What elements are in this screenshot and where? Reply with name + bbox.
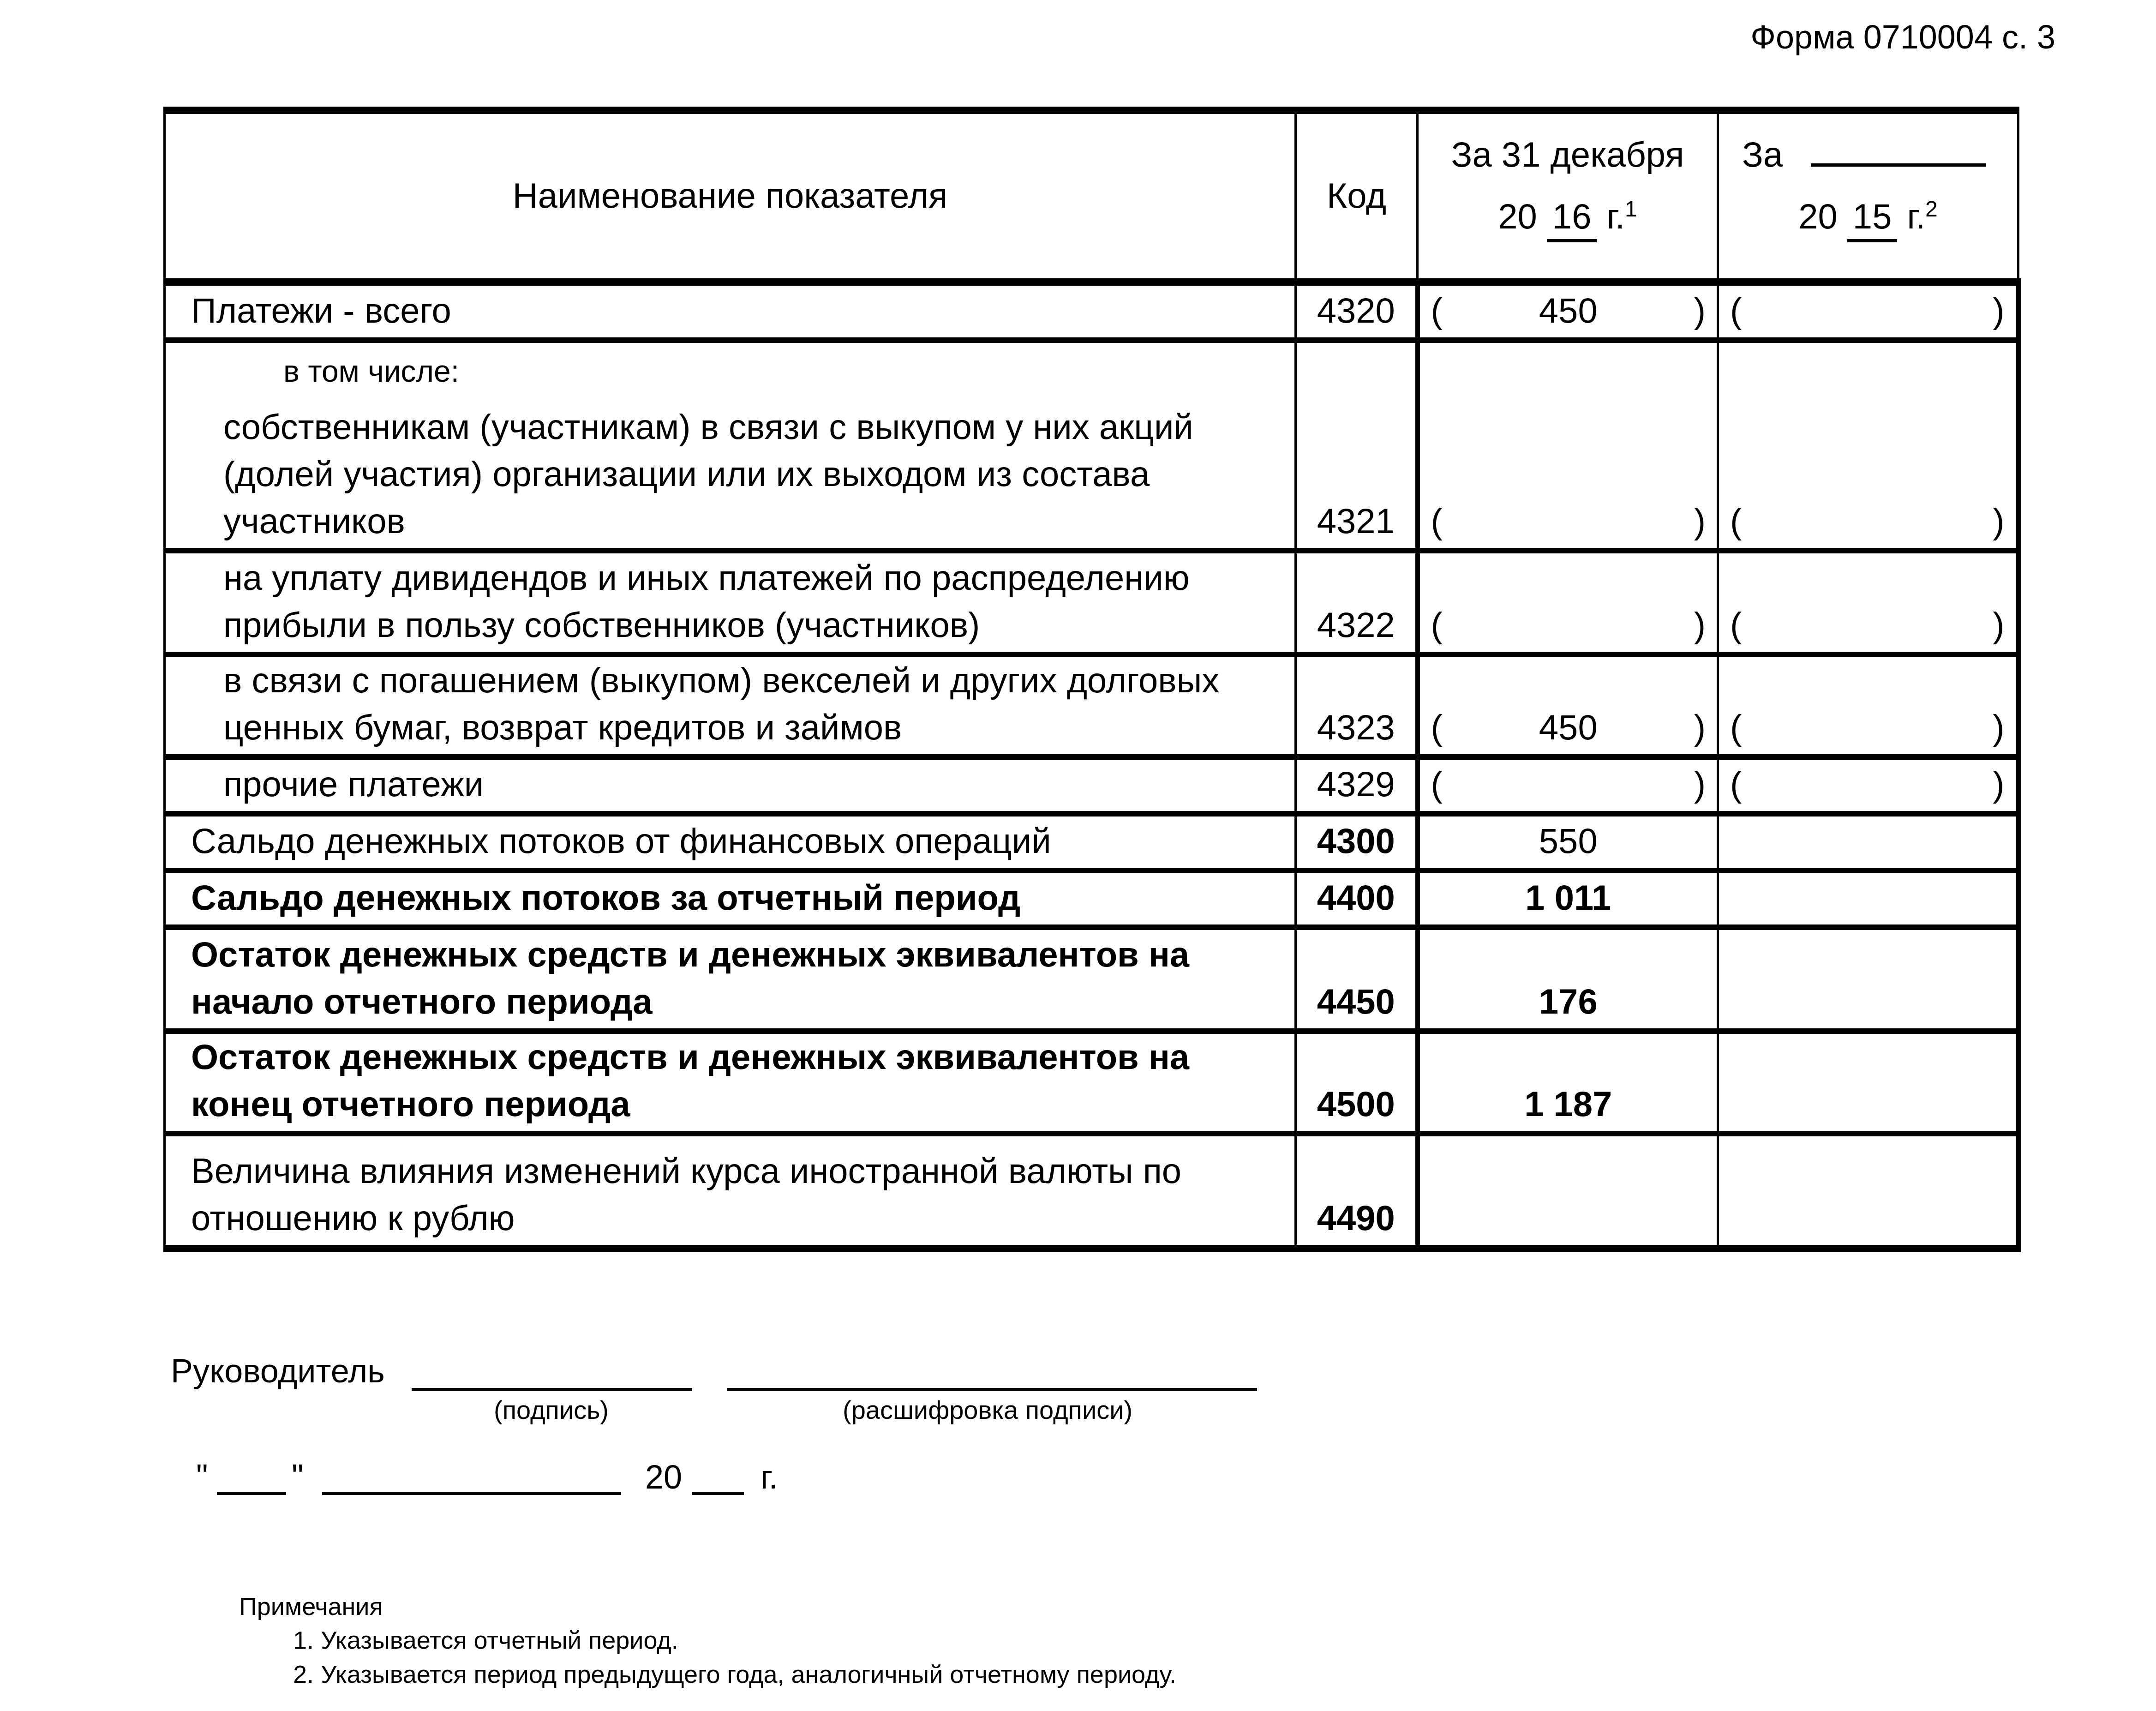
row-current-cell[interactable]: () xyxy=(1418,551,1718,654)
open-paren: ( xyxy=(1431,761,1443,808)
open-paren: ( xyxy=(1431,704,1443,751)
open-paren: ( xyxy=(1730,288,1742,335)
row-code: 4322 xyxy=(1317,606,1395,645)
form-code: Форма 0710004 с. 3 xyxy=(1750,18,2055,56)
date-month-field[interactable] xyxy=(322,1492,621,1495)
table-row: Величина влияния изменений курса иностра… xyxy=(165,1134,2018,1249)
open-paren: ( xyxy=(1431,602,1443,649)
row-name-cell: Остаток денежных средств и денежных экви… xyxy=(165,927,1296,1031)
row-current-cell[interactable]: 550 xyxy=(1418,814,1718,871)
row-current-value: 1 187 xyxy=(1524,1085,1612,1124)
row-name-cell: в том числе:собственникам (участникам) в… xyxy=(165,340,1296,551)
table-row: Остаток денежных средств и денежных экви… xyxy=(165,927,2018,1031)
row-previous-cell[interactable]: () xyxy=(1718,340,2018,551)
row-name-cell: Величина влияния изменений курса иностра… xyxy=(165,1134,1296,1249)
row-name-cell: на уплату дивидендов и иных платежей по … xyxy=(165,551,1296,654)
row-code: 4450 xyxy=(1317,982,1395,1021)
current-year-field[interactable]: 16 xyxy=(1547,195,1597,242)
close-paren: ) xyxy=(1694,288,1706,335)
row-previous-cell[interactable] xyxy=(1718,871,2018,927)
row-current-value: 176 xyxy=(1539,982,1598,1021)
close-paren: ) xyxy=(1993,602,2004,649)
row-name: Сальдо денежных потоков за отчетный пери… xyxy=(191,878,1020,918)
row-current-cell[interactable]: (450) xyxy=(1418,282,1718,340)
open-paren: ( xyxy=(1730,761,1742,808)
table-row: прочие платежи4329()() xyxy=(165,757,2018,814)
row-name: Величина влияния изменений курса иностра… xyxy=(191,1152,1181,1238)
close-paren: ) xyxy=(1694,498,1706,545)
close-paren: ) xyxy=(1993,498,2004,545)
row-previous-cell[interactable]: () xyxy=(1718,551,2018,654)
row-name: Остаток денежных средств и денежных экви… xyxy=(191,1038,1189,1124)
row-code: 4323 xyxy=(1317,708,1395,747)
row-prefix: в том числе: xyxy=(223,348,1294,395)
row-name-cell: Платежи - всего xyxy=(165,282,1296,340)
row-current-value: 450 xyxy=(1539,708,1598,747)
signature-role: Руководитель xyxy=(171,1352,385,1390)
row-name-cell: в связи с погашением (выкупом) векселей … xyxy=(165,654,1296,757)
row-current-cell[interactable]: 1 187 xyxy=(1418,1031,1718,1134)
table-row: на уплату дивидендов и иных платежей по … xyxy=(165,551,2018,654)
date-close-quote: " xyxy=(292,1458,304,1495)
row-current-cell[interactable]: () xyxy=(1418,340,1718,551)
row-code: 4320 xyxy=(1317,291,1395,330)
row-name: Остаток денежных средств и денежных экви… xyxy=(191,935,1189,1021)
signature-caption: (подпись) xyxy=(494,1395,609,1425)
row-code: 4300 xyxy=(1317,822,1395,861)
signature-line[interactable] xyxy=(412,1388,692,1391)
close-paren: ) xyxy=(1993,761,2004,808)
row-current-cell[interactable]: 1 011 xyxy=(1418,871,1718,927)
table-header-row: Наименование показателя Код За 31 декабр… xyxy=(165,110,2018,282)
cash-flow-table: Наименование показателя Код За 31 декабр… xyxy=(163,107,2021,1252)
close-paren: ) xyxy=(1694,602,1706,649)
row-current-value: 1 011 xyxy=(1525,878,1611,918)
row-code-cell: 4490 xyxy=(1296,1134,1418,1249)
notes-title: Примечания xyxy=(239,1592,383,1621)
row-previous-cell[interactable]: () xyxy=(1718,654,2018,757)
row-code: 4490 xyxy=(1317,1199,1395,1238)
header-current-period: За 31 декабря 20 16 г.1 xyxy=(1418,110,1718,282)
date-open-quote: " xyxy=(196,1458,208,1495)
row-name: прочие платежи xyxy=(223,765,484,804)
date-year-field[interactable] xyxy=(692,1492,744,1495)
row-previous-cell[interactable]: () xyxy=(1718,282,2018,340)
row-current-value: 450 xyxy=(1539,291,1598,330)
open-paren: ( xyxy=(1730,498,1742,545)
close-paren: ) xyxy=(1993,288,2004,335)
row-previous-cell[interactable] xyxy=(1718,927,2018,1031)
previous-period-field[interactable] xyxy=(1811,136,1986,167)
table-row: Сальдо денежных потоков от финансовых оп… xyxy=(165,814,2018,871)
signature-name-caption: (расшифровка подписи) xyxy=(843,1395,1132,1425)
row-name-cell: прочие платежи xyxy=(165,757,1296,814)
row-code-cell: 4329 xyxy=(1296,757,1418,814)
open-paren: ( xyxy=(1730,602,1742,649)
note-item-2: 2. Указывается период предыдущего года, … xyxy=(293,1660,1176,1689)
table-row: Платежи - всего4320(450)() xyxy=(165,282,2018,340)
row-code-cell: 4400 xyxy=(1296,871,1418,927)
close-paren: ) xyxy=(1993,704,2004,751)
header-name: Наименование показателя xyxy=(165,110,1296,282)
date-suffix: г. xyxy=(761,1459,778,1496)
row-current-cell[interactable] xyxy=(1418,1134,1718,1249)
row-name: в связи с погашением (выкупом) векселей … xyxy=(223,661,1219,747)
row-previous-cell[interactable]: () xyxy=(1718,757,2018,814)
row-name-cell: Сальдо денежных потоков от финансовых оп… xyxy=(165,814,1296,871)
table-row: в том числе:собственникам (участникам) в… xyxy=(165,340,2018,551)
row-previous-cell[interactable] xyxy=(1718,1031,2018,1134)
row-previous-cell[interactable] xyxy=(1718,1134,2018,1249)
row-code-cell: 4323 xyxy=(1296,654,1418,757)
open-paren: ( xyxy=(1431,288,1443,335)
row-current-cell[interactable]: (450) xyxy=(1418,654,1718,757)
close-paren: ) xyxy=(1694,704,1706,751)
table-row: в связи с погашением (выкупом) векселей … xyxy=(165,654,2018,757)
row-name-cell: Остаток денежных средств и денежных экви… xyxy=(165,1031,1296,1134)
row-code-cell: 4300 xyxy=(1296,814,1418,871)
open-paren: ( xyxy=(1431,498,1443,545)
row-code: 4329 xyxy=(1317,765,1395,804)
row-name: собственникам (участникам) в связи с вык… xyxy=(223,408,1193,541)
date-day-field[interactable] xyxy=(217,1492,286,1495)
note-item-1: 1. Указывается отчетный период. xyxy=(293,1626,678,1655)
header-previous-period: За 20 15 г.2 xyxy=(1718,110,2018,282)
row-code: 4321 xyxy=(1317,502,1395,541)
open-paren: ( xyxy=(1730,704,1742,751)
row-name-cell: Сальдо денежных потоков за отчетный пери… xyxy=(165,871,1296,927)
date-year-prefix: 20 xyxy=(645,1459,682,1496)
row-code: 4500 xyxy=(1317,1085,1395,1124)
row-code-cell: 4500 xyxy=(1296,1031,1418,1134)
row-code-cell: 4322 xyxy=(1296,551,1418,654)
close-paren: ) xyxy=(1694,761,1706,808)
row-current-cell[interactable]: 176 xyxy=(1418,927,1718,1031)
row-previous-cell[interactable] xyxy=(1718,814,2018,871)
row-code-cell: 4321 xyxy=(1296,340,1418,551)
table-row: Остаток денежных средств и денежных экви… xyxy=(165,1031,2018,1134)
table-row: Сальдо денежных потоков за отчетный пери… xyxy=(165,871,2018,927)
previous-year-field[interactable]: 15 xyxy=(1847,195,1898,242)
header-code: Код xyxy=(1296,110,1418,282)
row-current-value: 550 xyxy=(1539,822,1598,861)
row-current-cell[interactable]: () xyxy=(1418,757,1718,814)
row-code-cell: 4320 xyxy=(1296,282,1418,340)
row-name: Сальдо денежных потоков от финансовых оп… xyxy=(191,822,1051,861)
signature-name-line[interactable] xyxy=(727,1388,1257,1391)
row-code-cell: 4450 xyxy=(1296,927,1418,1031)
row-code: 4400 xyxy=(1317,878,1395,918)
row-name: Платежи - всего xyxy=(191,291,451,330)
row-name: на уплату дивидендов и иных платежей по … xyxy=(223,558,1190,645)
